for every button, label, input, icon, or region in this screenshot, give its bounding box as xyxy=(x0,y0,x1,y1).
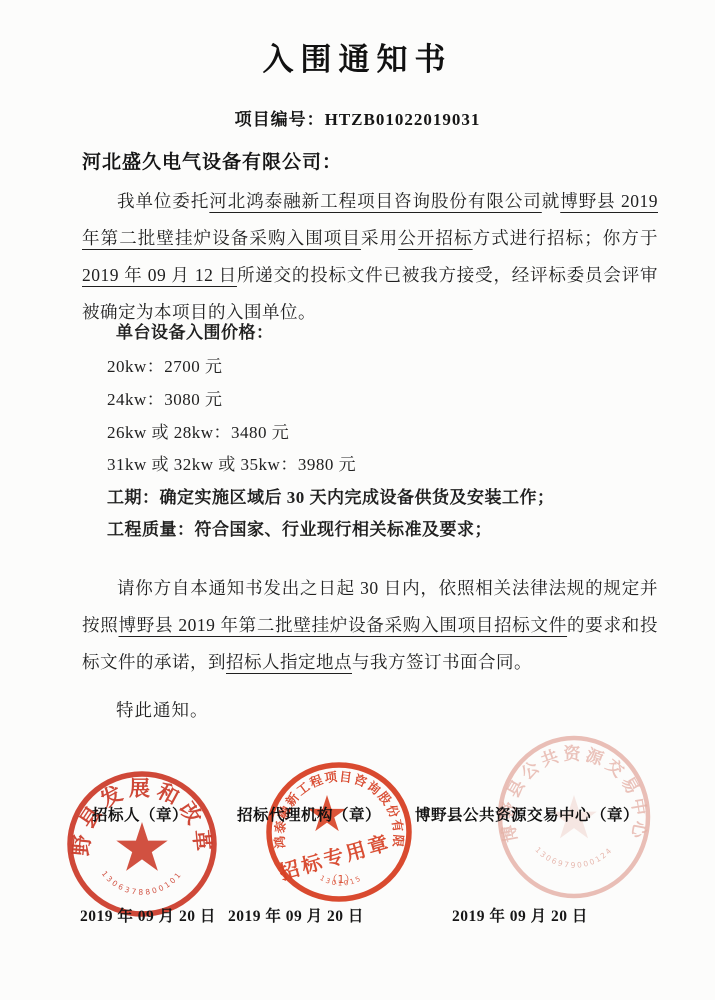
project-number-value: HTZB01022019031 xyxy=(325,110,481,129)
stamp-serial: 1306378800101 xyxy=(100,869,184,897)
price-item-24kw: 24kw：3080 元 xyxy=(107,385,223,410)
bidder-seal-label: 招标人（章） xyxy=(92,803,188,825)
agency-stamp: 河北鸿泰融新工程项目咨询股份有限公司 招标专用章 （1） 1301015 xyxy=(265,762,415,906)
svg-text:1306378800101: 1306378800101 xyxy=(100,869,184,897)
para1-text: 采用 xyxy=(361,228,398,248)
intro-paragraph: 我单位委托河北鸿泰融新工程项目咨询股份有限公司就博野县 2019 年第二批壁挂炉… xyxy=(82,183,658,331)
para1-date-underlined: 2019 年 09 月 12 日 xyxy=(82,265,237,285)
scanned-notice-document: 入围通知书 项目编号：HTZB01022019031 河北盛久电气设备有限公司：… xyxy=(0,0,715,1000)
agency-seal-label: 招标代理机构（章） xyxy=(237,803,381,825)
document-title: 入围通知书 xyxy=(0,34,715,79)
para2-text: 与我方签订书面合同。 xyxy=(352,652,532,672)
bidder-stamp: 博野县发展和改革局 1306378800101 xyxy=(62,768,222,920)
project-number-label: 项目编号： xyxy=(235,110,325,129)
stamp-ring-text: 博野县公共资源交易中心 xyxy=(497,743,650,843)
para1-text: 我单位委托 xyxy=(117,191,209,211)
para1-method-underlined: 公开招标 xyxy=(398,228,472,248)
agency-date: 2019 年 09 月 20 日 xyxy=(228,904,364,926)
para1-text: 方式进行招标；你方于 xyxy=(473,228,658,248)
star-icon xyxy=(116,822,167,871)
project-number-line: 项目编号：HTZB01022019031 xyxy=(0,105,715,130)
svg-text:1306979000124: 1306979000124 xyxy=(533,845,614,870)
closing-line: 特此通知。 xyxy=(116,697,209,722)
price-heading: 单台设备入围价格： xyxy=(116,318,274,343)
price-item-31-35kw: 31kw 或 32kw 或 35kw：3980 元 xyxy=(107,450,356,475)
price-item-26-28kw: 26kw 或 28kw：3480 元 xyxy=(107,418,289,443)
stamp-serial: 1306979000124 xyxy=(533,845,614,870)
bidder-date: 2019 年 09 月 20 日 xyxy=(80,904,216,926)
para2-tenderdoc-underlined: 博野县 2019 年第二批壁挂炉设备采购入围项目招标文件 xyxy=(118,615,567,635)
svg-text:博野县公共资源交易中心: 博野县公共资源交易中心 xyxy=(497,743,650,843)
duration-line: 工期：确定实施区域后 30 天内完成设备供货及安装工作； xyxy=(107,483,555,508)
price-item-20kw: 20kw：2700 元 xyxy=(107,352,223,377)
quality-line: 工程质量：符合国家、行业现行相关标准及要求； xyxy=(107,515,492,540)
para2-place-underlined: 招标人指定地点 xyxy=(226,652,352,672)
trading-center-date: 2019 年 09 月 20 日 xyxy=(452,904,588,926)
trading-center-seal-label: 博野县公共资源交易中心（章） xyxy=(415,803,639,825)
addressee: 河北盛久电气设备有限公司： xyxy=(82,147,342,174)
para1-text: 就 xyxy=(542,191,560,211)
contract-paragraph: 请你方自本通知书发出之日起 30 日内，依照相关法律法规的规定并按照博野县 20… xyxy=(82,570,658,681)
para1-agency-underlined: 河北鸿泰融新工程项目咨询股份有限公司 xyxy=(209,191,541,211)
